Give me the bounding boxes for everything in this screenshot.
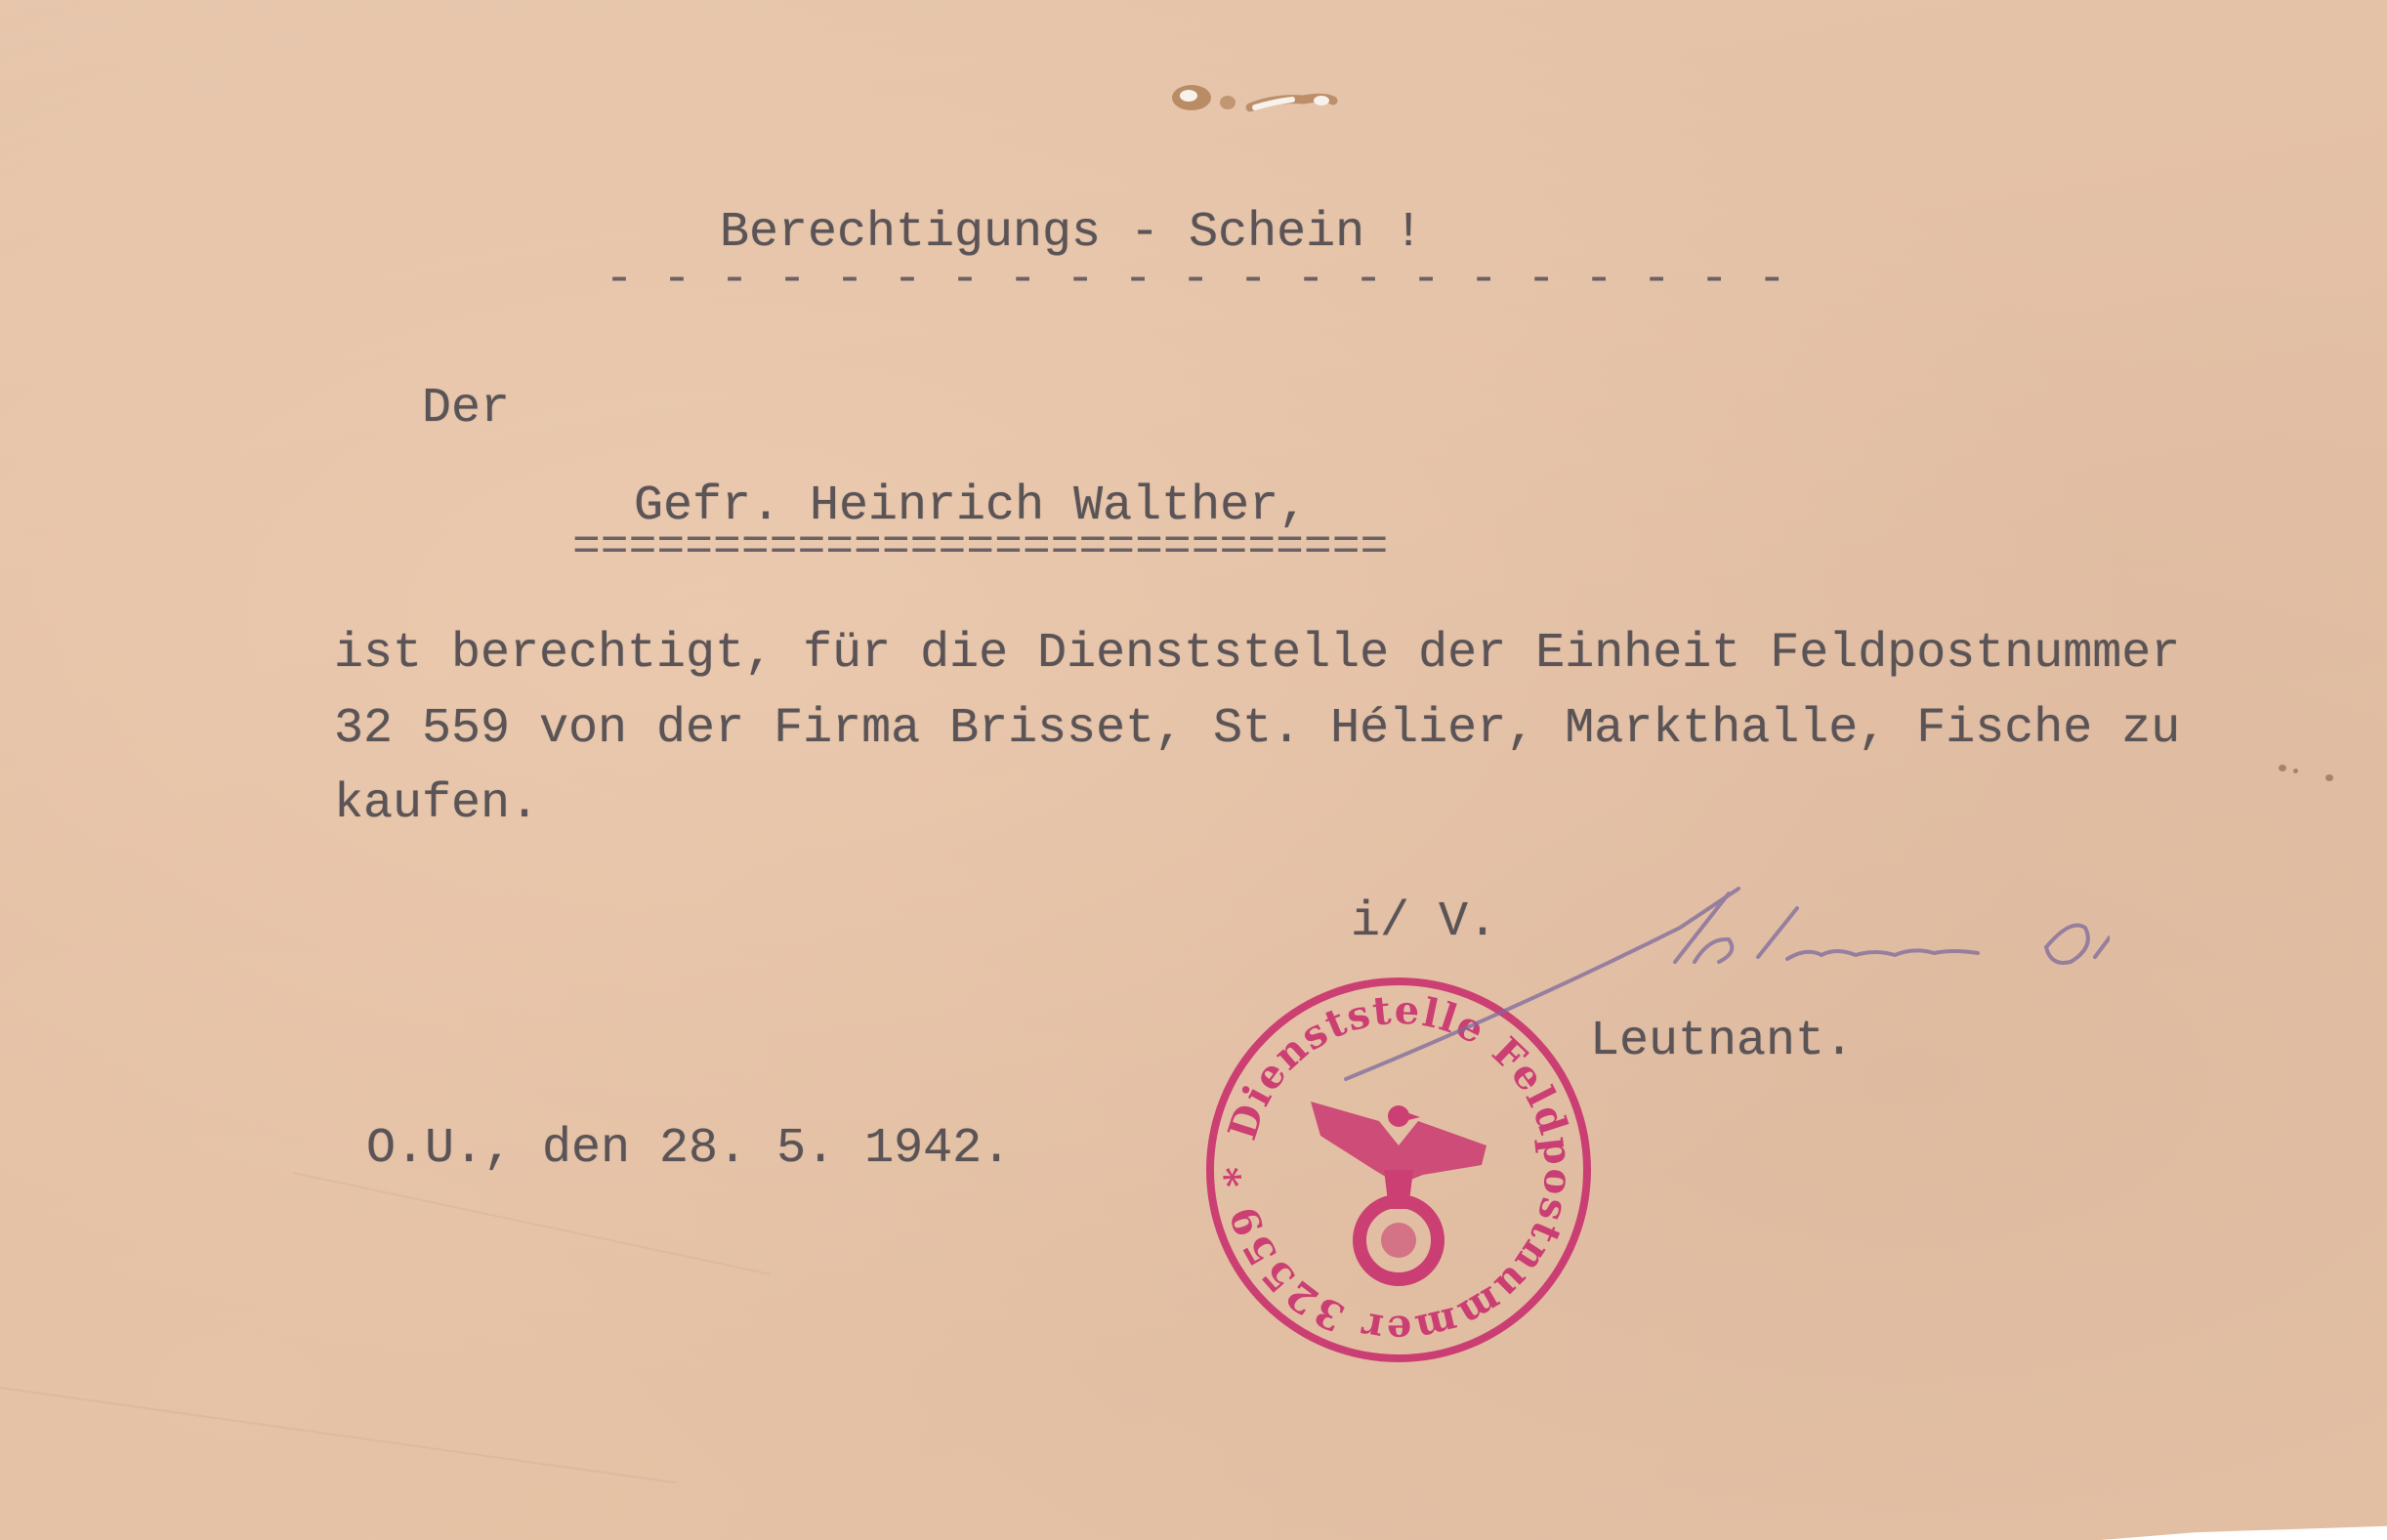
body-line: kaufen. (334, 780, 539, 829)
body-line: 32 559 von der Firma Brisset, St. Hélier… (334, 705, 2180, 754)
title-dashed-rule: - - - - - - - - - - - - - - - - - - - - … (605, 256, 1786, 305)
handwritten-signature (1328, 869, 2110, 1094)
salutation: Der (422, 385, 510, 434)
eagle-emblem-icon (1311, 1102, 1487, 1279)
recipient-double-underline: ============================= (572, 524, 1388, 571)
body-line: ist berechtigt, für die Dienststelle der… (334, 630, 2180, 679)
date-line: O.U., den 28. 5. 1942. (366, 1125, 1011, 1174)
ink-speck (2325, 774, 2333, 781)
ink-speck (2279, 765, 2286, 771)
staple-holes (1167, 78, 1343, 122)
ink-speck (2293, 769, 2298, 773)
document-title: Berechtigungs - Schein ! (720, 209, 1423, 258)
